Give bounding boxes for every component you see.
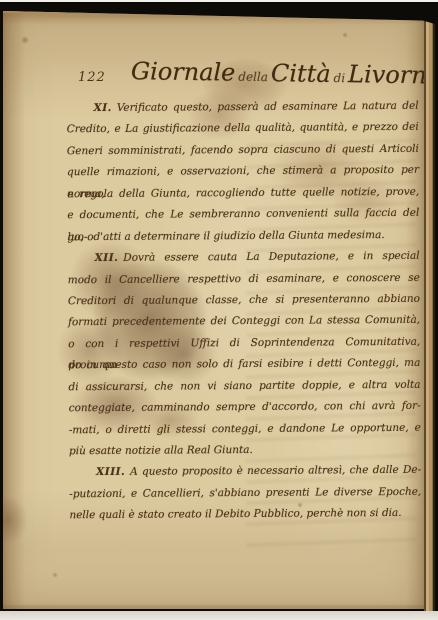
paragraph-numeral: XIII. [96, 466, 125, 478]
manuscript-line: go, od'atti a determinare il giudizio de… [67, 224, 419, 248]
page-number: 122 [78, 70, 106, 85]
manuscript-line: quelle rimazioni, e osservazioni, che st… [67, 160, 419, 184]
manuscript-photo: 122 GiornaledellaCittàdiLivorno XI.Verif… [0, 0, 438, 620]
manuscript-line: più esatte notizie alla Real Giunta. [69, 439, 421, 463]
manuscript-line: modo il Cancelliere respettivo di esamin… [68, 267, 420, 291]
manuscript-line: -putazioni, e Cancellieri, s'abbiano pre… [69, 482, 421, 506]
book-fore-edge [424, 16, 435, 611]
line-text: più esatte notizie alla Real Giunta. [69, 444, 253, 457]
line-text: A questo proposito è necessario altresì,… [130, 464, 421, 478]
line-text: formati precedentemente dei Conteggi con… [68, 314, 420, 328]
manuscript-line: Generi somministrati, facendo sopra cias… [67, 139, 419, 163]
title-word: della [238, 70, 268, 84]
title-word: Città [271, 59, 331, 88]
line-text: Generi somministrati, facendo sopra cias… [67, 143, 419, 157]
line-text: e regola della Giunta, raccogliendo tutt… [67, 186, 419, 200]
manuscript-line: e documenti, che Le sembreranno convenie… [67, 203, 419, 227]
manuscript-line: e regola della Giunta, raccogliendo tutt… [67, 182, 419, 206]
line-text: Verificato questo, passerà ad esaminare … [117, 100, 419, 114]
manuscript-line: o con i respettivi Uffizi di Soprintende… [68, 332, 420, 356]
line-text: Creditori di qualunque classe, che si pr… [68, 293, 420, 307]
manuscript-line: formati precedentemente dei Conteggi con… [68, 310, 420, 334]
line-text: go, od'atti a determinare il giudizio de… [67, 229, 384, 243]
manuscript-line: nelle quali è stato creato il Debito Pub… [69, 503, 421, 527]
line-text: Credito, e La giustificazione della qual… [67, 121, 419, 135]
line-text: modo il Cancelliere respettivo di esamin… [68, 271, 420, 285]
manuscript-line: -mati, o diretti gli stessi conteggi, e … [69, 417, 421, 441]
title-word: Giornale [131, 57, 236, 86]
manuscript-text: XI.Verificato questo, passerà ad esamina… [67, 96, 422, 527]
title-word: di [333, 71, 345, 85]
line-text: nelle quali è stato creato il Debito Pub… [69, 507, 401, 521]
manuscript-line: conteggiate, camminando sempre d'accordo… [69, 396, 421, 420]
page-title: GiornaledellaCittàdiLivorno [131, 49, 397, 91]
line-text: -putazioni, e Cancellieri, s'abbiano pre… [69, 486, 421, 500]
manuscript-line: do in questo caso non solo di farsi esib… [68, 353, 420, 377]
manuscript-line: XIII.A questo proposito è necessario alt… [69, 460, 421, 484]
manuscript-line: Credito, e La giustificazione della qual… [67, 117, 419, 141]
photo-top-edge [0, 0, 438, 2]
paragraph-numeral: XII. [95, 252, 119, 264]
line-text: conteggiate, camminando sempre d'accordo… [69, 400, 421, 414]
manuscript-line: XI.Verificato questo, passerà ad esamina… [67, 96, 419, 120]
line-text: do in questo caso non solo di farsi esib… [68, 357, 420, 371]
manuscript-page: 122 GiornaledellaCittàdiLivorno XI.Verif… [3, 11, 424, 609]
line-text: Dovrà essere cauta La Deputazione, e in … [123, 250, 419, 264]
line-text: di assicurarsi, che non vi siano partite… [68, 378, 420, 392]
photo-bottom-edge [0, 611, 438, 620]
manuscript-line: di assicurarsi, che non vi siano partite… [68, 374, 420, 398]
manuscript-line: Creditori di qualunque classe, che si pr… [68, 289, 420, 313]
manuscript-line: XII.Dovrà essere cauta La Deputazione, e… [68, 246, 420, 270]
line-text: -mati, o diretti gli stessi conteggi, e … [69, 421, 421, 435]
paragraph-numeral: XI. [94, 102, 112, 114]
